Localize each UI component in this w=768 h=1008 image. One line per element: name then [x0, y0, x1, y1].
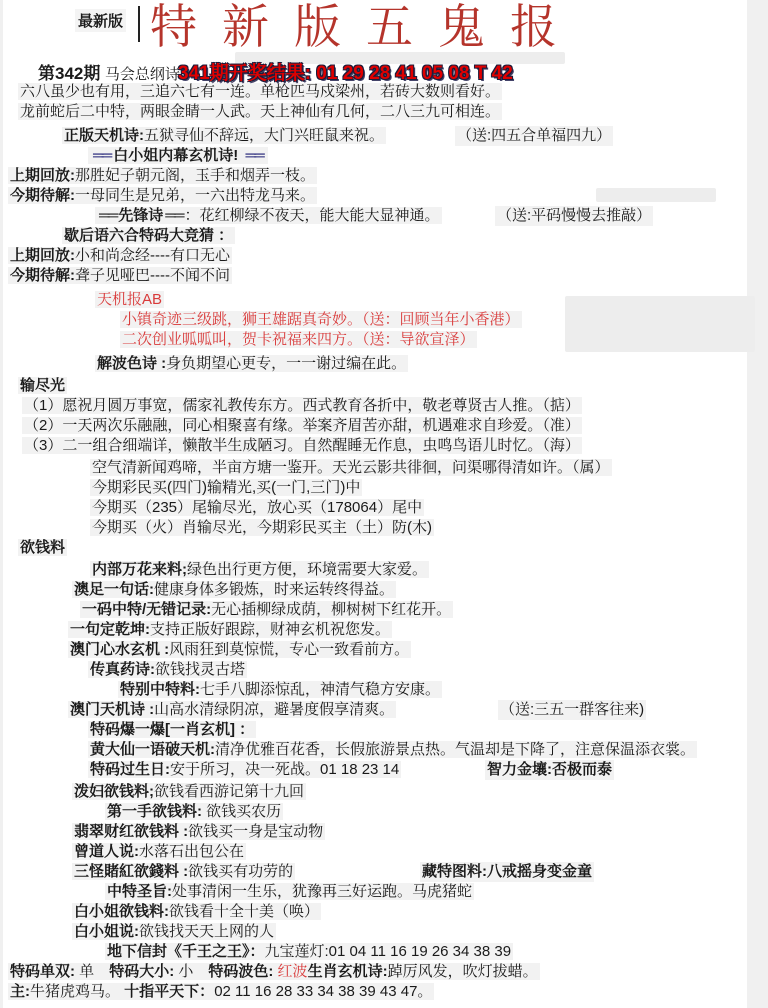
text-line: 小镇奇迹三级跳，狮王雄踞真奇妙。（送：回顾当年小香港） [120, 310, 768, 330]
text-line: 歇后语六合特码大竞猜 ： [62, 226, 768, 246]
line-text: 白小姐欲钱料:欲钱看十全十美（唤） [72, 903, 321, 920]
text-segment: 六八虽少也有用，三追六七有一连。单枪匹马戍梁州，若砖大数则看好。 [20, 83, 500, 100]
text-segment: 歇后语六合特码大竞猜 ： [64, 227, 233, 244]
text-segment: 三怪賭紅欲錢料 : [74, 863, 188, 880]
line-text: 白小姐说:欲钱找天天上网的人 [72, 923, 276, 940]
text-segment: ══ [245, 147, 262, 164]
text-line: 输尽光 [18, 376, 768, 396]
line-text: 二次创业呱呱叫，贺卡祝福来四方。（送：导欲宣泽） [120, 331, 477, 348]
text-segment: 聋子见哑巴----不闻不问 [75, 267, 230, 284]
text-segment: ：花红柳绿不夜天，能大能大显神通。 [185, 207, 440, 224]
line-text: 天机报AB [95, 291, 164, 308]
text-segment: ══ [93, 147, 110, 164]
line-text: 空气清新闻鸡啼，半亩方塘一鉴开。天光云影共徘徊，问渠哪得清如许。（属） [90, 459, 612, 476]
text-segment: 十指平天下： [124, 983, 214, 1000]
text-segment: 白小姐说: [74, 923, 139, 940]
issue-category-label: 马会总纲诗: [105, 66, 184, 83]
line-text: 今期买（火）肖输尽光，今期彩民买主（土）防(木) [90, 519, 434, 536]
text-segment: 健康身体多锻炼，时来运转终得益。 [154, 581, 394, 598]
text-segment: 特码波色: [208, 963, 277, 980]
line-text: 地下信封《千王之王》：九宝莲灯:01 04 11 16 19 26 34 38 … [105, 943, 513, 960]
text-line: 今期待解:一母同生是兄弟，一六出特龙马来。 [8, 186, 768, 206]
masthead: 最新版特新版五鬼报 [75, 0, 768, 56]
text-line: 一码中特/无错记录:无心插柳绿成荫，柳树树下红花开。 [80, 600, 768, 620]
text-segment: 澳门天机诗 : [70, 701, 154, 718]
text-segment: 红波 [278, 963, 308, 980]
line-text: 黄大仙一语破天机:清净优雅百花香，长假旅游景点热。气温却是下降了，注意保温添衣裳… [88, 741, 697, 758]
text-segment: 白小姐欲钱料: [74, 903, 169, 920]
text-line: 主:牛猪虎鸡马。 十指平天下：02 11 16 28 33 34 38 39 4… [8, 982, 768, 1002]
text-line: 内部万花来料;绿色出行更方便，环境需要大家爱。 [90, 560, 768, 580]
text-segment: 绿色出行更方便，环境需要大家爱。 [187, 561, 427, 578]
text-segment: 小 [178, 963, 208, 980]
text-line: 今期待解:聋子见哑巴----不闻不问 [8, 266, 768, 286]
text-line: 澳足一句话:健康身体多锻炼，时来运转终得益。 [72, 580, 768, 600]
text-segment: 水落石出包公在 [139, 843, 244, 860]
text-segment: 生肖玄机诗: [308, 963, 388, 980]
text-segment: 七手八脚添惊乱，神清气稳方安康。 [200, 681, 440, 698]
text-segment: 那胜妃子朝元阁，玉手和烟弄一枝。 [75, 167, 315, 184]
line-text: 传真药诗:欲钱找灵古塔 [88, 661, 247, 678]
page-title: 特新版五鬼报 [150, 2, 582, 54]
text-segment: 藏特图料:八戒摇身变金童 [420, 862, 594, 882]
text-segment: 上期回放: [10, 167, 75, 184]
line-text: 今期待解:聋子见哑巴----不闻不问 [8, 267, 232, 284]
line-text: （3）二一组合细端详，懒散半生成陋习。自然醒睡无作息，虫鸣鸟语儿时忆。（海） [22, 437, 582, 454]
line-text: 今期买（235）尾输尽光，放心买（178064）尾中 [90, 499, 424, 516]
text-segment: （3）二一组合细端详，懒散半生成陋习。自然醒睡无作息，虫鸣鸟语儿时忆。（海） [24, 437, 580, 454]
text-line: 三怪賭紅欲錢料 :欲钱买有功劳的藏特图料:八戒摇身变金童 [72, 862, 768, 882]
text-segment: 先锋诗 [118, 207, 163, 224]
text-segment: （2）一天两次乐融融，同心相聚喜有缘。举案齐眉苦亦甜，机遇难求自珍爱。（准） [24, 417, 580, 434]
text-segment: ══ [99, 207, 116, 224]
text-segment: 澳足一句话: [74, 581, 154, 598]
text-segment: 传真药诗: [90, 661, 155, 678]
text-line: 空气清新闻鸡啼，半亩方塘一鉴开。天光云影共徘徊，问渠哪得清如许。（属） [90, 458, 768, 478]
line-text: ══白小姐内幕玄机诗! ══ [88, 147, 268, 164]
text-line: 今期买（235）尾输尽光，放心买（178064）尾中 [90, 498, 768, 518]
line-text: （1）愿祝月圆万事宽，儒家礼教传东方。西式教育各折中，敬老尊贤古人推。（掂） [22, 397, 582, 414]
text-line: 曾道人说:水落石出包公在 [72, 842, 768, 862]
text-line: 澳门天机诗 :山高水清绿阴凉，避暑度假享清爽。（送:三五一群客往来) [68, 700, 768, 720]
issue-row: 第342期 马会总纲诗:341期开奖结果: 01 29 28 41 05 08 … [38, 58, 768, 80]
text-line: 翡翠财红欲钱料 :欲钱买一身是宝动物 [72, 822, 768, 842]
text-segment: 今期买（235）尾输尽光，放心买（178064）尾中 [92, 499, 422, 516]
line-text: 今期待解:一母同生是兄弟，一六出特龙马来。 [8, 187, 317, 204]
line-text: 特码过生日:安于所习，决一死战。01 18 23 14 [88, 761, 401, 778]
line-text: 解波色诗 :身负期望心更专，一一谢过编在此。 [95, 355, 408, 372]
issue-number: 第342期 [38, 64, 100, 83]
text-segment: 无心插柳绿成荫，柳树树下红花开。 [211, 601, 451, 618]
line-text: ══先锋诗══：花红柳绿不夜天，能大能大显神通。 [95, 207, 442, 224]
text-line: 今期买（火）肖输尽光，今期彩民买主（土）防(木) [90, 518, 768, 538]
text-line: 中特圣旨:处事清闲一生乐，犹豫再三好运跑。马虎猪蛇 [105, 882, 768, 902]
line-text: 正版天机诗:五狱寻仙不辞远，大门兴旺鼠来祝。 [62, 127, 386, 144]
text-segment: 内部万花来料; [92, 561, 187, 578]
line-text: 特别中特料:七手八脚添惊乱，神清气稳方安康。 [118, 681, 442, 698]
text-segment: 单 [79, 963, 109, 980]
text-segment: 欲钱找天天上网的人 [139, 923, 274, 940]
text-segment: 中特圣旨: [107, 883, 172, 900]
text-line: 欲钱料 [18, 538, 768, 558]
text-segment: 黄大仙一语破天机: [90, 741, 215, 758]
line-text: 澳门天机诗 :山高水清绿阴凉，避暑度假享清爽。 [68, 701, 396, 718]
line-text: 澳门心水玄机 :风雨狂到莫惊慌，专心一致看前方。 [68, 641, 411, 658]
text-segment: 身负期望心更专，一一谢过编在此。 [166, 355, 406, 372]
line-text: 一码中特/无错记录:无心插柳绿成荫，柳树树下红花开。 [80, 601, 453, 618]
line-text: 翡翠财红欲钱料 :欲钱买一身是宝动物 [72, 823, 325, 840]
text-segment: （送:四五合单福四九） [455, 126, 613, 146]
line-text: 输尽光 [18, 377, 67, 394]
line-text: 曾道人说:水落石出包公在 [72, 843, 246, 860]
text-segment: 欲钱买农历 [206, 803, 281, 820]
line-text: （2）一天两次乐融融，同心相聚喜有缘。举案齐眉苦亦甜，机遇难求自珍爱。（准） [22, 417, 582, 434]
text-line: 特别中特料:七手八脚添惊乱，神清气稳方安康。 [118, 680, 768, 700]
text-segment: （送:平码慢慢去推敲） [495, 206, 653, 226]
text-line: （2）一天两次乐融融，同心相聚喜有缘。举案齐眉苦亦甜，机遇难求自珍爱。（准） [22, 416, 768, 436]
text-line: ══先锋诗══：花红柳绿不夜天，能大能大显神通。（送:平码慢慢去推敲） [95, 206, 768, 226]
text-segment: 安于所习，决一死战。01 18 23 14 [170, 761, 399, 778]
line-text: 第一手欲钱料: 欲钱买农历 [105, 803, 283, 820]
text-segment: 一母同生是兄弟，一六出特龙马来。 [75, 187, 315, 204]
text-segment: 空气清新闻鸡啼，半亩方塘一鉴开。天光云影共徘徊，问渠哪得清如许。（属） [92, 459, 610, 476]
text-segment: 输尽光 [20, 377, 65, 394]
page-root: 最新版特新版五鬼报 第342期 马会总纲诗:341期开奖结果: 01 29 28… [0, 0, 768, 1008]
text-segment: 今期待解: [10, 267, 75, 284]
text-segment: 山高水清绿阴凉，避暑度假享清爽。 [154, 701, 394, 718]
text-segment: 澳门心水玄机 : [70, 641, 169, 658]
text-segment: 欲钱买一身是宝动物 [188, 823, 323, 840]
text-segment: （送:三五一群客往来) [498, 700, 646, 720]
line-text: 中特圣旨:处事清闲一生乐，犹豫再三好运跑。马虎猪蛇 [105, 883, 474, 900]
text-segment: 龙前蛇后二中特，两眼金睛一人武。天上神仙有几何，二八三九可相连。 [20, 103, 500, 120]
text-segment: 九宝莲灯:01 04 11 16 19 26 34 38 39 [265, 943, 512, 960]
text-line: 特码爆一爆[一肖玄机] ： [88, 720, 768, 740]
text-line: （1）愿祝月圆万事宽，儒家礼教传东方。西式教育各折中，敬老尊贤古人推。（掂） [22, 396, 768, 416]
text-line: 解波色诗 :身负期望心更专，一一谢过编在此。 [95, 354, 768, 374]
line-text: 今期彩民买(四门)输精光,买(一门,三门)中 [90, 479, 362, 496]
title-divider [138, 6, 140, 42]
text-segment: ══ [165, 207, 182, 224]
text-segment: 欲钱买有功劳的 [188, 863, 293, 880]
text-line: 黄大仙一语破天机:清净优雅百花香，长假旅游景点热。气温却是下降了，注意保温添衣裳… [88, 740, 768, 760]
text-segment: 二次创业呱呱叫，贺卡祝福来四方。（送：导欲宣泽） [122, 331, 475, 348]
line-text: 三怪賭紅欲錢料 :欲钱买有功劳的 [72, 863, 295, 880]
text-segment: 小镇奇迹三级跳，狮王雄踞真奇妙。（送：回顾当年小香港） [122, 311, 520, 328]
text-segment: 欲钱看西游记第十九回 [154, 783, 304, 800]
line-text: 欲钱料 [18, 539, 67, 556]
line-text: 主:牛猪虎鸡马。 十指平天下：02 11 16 28 33 34 38 39 4… [8, 983, 434, 1000]
line-text: 澳足一句话:健康身体多锻炼，时来运转终得益。 [72, 581, 396, 598]
text-segment: 今期待解: [10, 187, 75, 204]
line-text: 上期回放:小和尚念经----有口无心 [8, 247, 232, 264]
text-segment: 五狱寻仙不辞远，大门兴旺鼠来祝。 [144, 127, 384, 144]
text-line: 传真药诗:欲钱找灵古塔 [88, 660, 768, 680]
text-segment: 翡翠财红欲钱料 : [74, 823, 188, 840]
line-text: 歇后语六合特码大竞猜 ： [62, 227, 235, 244]
text-line: 上期回放:小和尚念经----有口无心 [8, 246, 768, 266]
text-segment: 今期买（火）肖输尽光，今期彩民买主（土）防(木) [92, 519, 432, 536]
text-line: 地下信封《千王之王》：九宝莲灯:01 04 11 16 19 26 34 38 … [105, 942, 768, 962]
text-segment: 特码单双: [10, 963, 79, 980]
draw-result-stamp: 341期开奖结果: 01 29 28 41 05 08 T 42 [178, 63, 513, 84]
text-segment: 特码大小: [109, 963, 178, 980]
text-segment: 一码中特/无错记录: [82, 601, 211, 618]
text-line: 第一手欲钱料: 欲钱买农历 [105, 802, 768, 822]
text-line: 特码单双: 单 特码大小: 小 特码波色: 红波生肖玄机诗:踔厉风发，吹灯拔蜡。 [8, 962, 768, 982]
text-segment: 小和尚念经----有口无心 [75, 247, 230, 264]
text-segment: 第一手欲钱料: [107, 803, 206, 820]
text-segment: 处事清闲一生乐，犹豫再三好运跑。马虎猪蛇 [172, 883, 472, 900]
line-text: 小镇奇迹三级跳，狮王雄踞真奇妙。（送：回顾当年小香港） [120, 311, 522, 328]
text-line: 白小姐欲钱料:欲钱看十全十美（唤） [72, 902, 768, 922]
text-segment: 支持正版好跟踪，财神玄机祝您发。 [150, 621, 390, 638]
text-line: 二次创业呱呱叫，贺卡祝福来四方。（送：导欲宣泽） [120, 330, 768, 350]
text-segment: 02 11 16 28 33 34 38 39 43 47。 [214, 983, 432, 1000]
text-segment: 一句定乾坤: [70, 621, 150, 638]
text-segment: 欲钱料 [20, 539, 65, 556]
text-segment: 特别中特料: [120, 681, 200, 698]
text-segment: 特码过生日: [90, 761, 170, 778]
text-segment: 地下信封《千王之王》： [107, 943, 265, 960]
text-line: 六八虽少也有用，三追六七有一连。单枪匹马戍梁州，若砖大数则看好。 [18, 82, 768, 102]
text-line: （3）二一组合细端详，懒散半生成陋习。自然醒睡无作息，虫鸣鸟语儿时忆。（海） [22, 436, 768, 456]
text-segment: 牛猪虎鸡马。 [30, 983, 124, 1000]
text-segment: 正版天机诗: [64, 127, 144, 144]
text-line: 澳门心水玄机 :风雨狂到莫惊慌，专心一致看前方。 [68, 640, 768, 660]
line-text: 上期回放:那胜妃子朝元阁，玉手和烟弄一枝。 [8, 167, 317, 184]
text-segment: 特码爆一爆[一肖玄机] ： [90, 721, 254, 738]
text-segment: 踔厉风发，吹灯拔蜡。 [388, 963, 538, 980]
body-text: 六八虽少也有用，三追六七有一连。单枪匹马戍梁州，若砖大数则看好。龙前蛇后二中特，… [0, 82, 768, 1002]
text-segment: 上期回放: [10, 247, 75, 264]
text-segment: 欲钱找灵古塔 [155, 661, 245, 678]
text-segment: 天机报AB [97, 291, 162, 308]
text-segment: 清净优雅百花香，长假旅游景点热。气温却是下降了，注意保温添衣裳。 [215, 741, 695, 758]
text-segment: （1）愿祝月圆万事宽，儒家礼教传东方。西式教育各折中，敬老尊贤古人推。（掂） [24, 397, 580, 414]
text-line: 上期回放:那胜妃子朝元阁，玉手和烟弄一枝。 [8, 166, 768, 186]
text-segment: 智力金壤:否极而泰 [485, 760, 614, 780]
text-segment: 风雨狂到莫惊慌，专心一致看前方。 [169, 641, 409, 658]
text-segment: 欲钱看十全十美（唤） [169, 903, 319, 920]
text-segment: 主: [10, 983, 30, 1000]
line-text: 特码单双: 单 特码大小: 小 特码波色: 红波生肖玄机诗:踔厉风发，吹灯拔蜡。 [8, 963, 540, 980]
text-segment: 曾道人说: [74, 843, 139, 860]
text-line: 白小姐说:欲钱找天天上网的人 [72, 922, 768, 942]
text-segment: 泼妇欲钱料; [74, 783, 154, 800]
line-text: 特码爆一爆[一肖玄机] ： [88, 721, 256, 738]
text-line: 泼妇欲钱料;欲钱看西游记第十九回 [72, 782, 768, 802]
text-line: 正版天机诗:五狱寻仙不辞远，大门兴旺鼠来祝。（送:四五合单福四九） [62, 126, 768, 146]
line-text: 龙前蛇后二中特，两眼金睛一人武。天上神仙有几何，二八三九可相连。 [18, 103, 502, 120]
line-text: 一句定乾坤:支持正版好跟踪，财神玄机祝您发。 [68, 621, 392, 638]
edition-label: 最新版 [75, 9, 126, 32]
line-text: 泼妇欲钱料;欲钱看西游记第十九回 [72, 783, 306, 800]
line-text: 内部万花来料;绿色出行更方便，环境需要大家爱。 [90, 561, 429, 578]
text-line: 特码过生日:安于所习，决一死战。01 18 23 14智力金壤:否极而泰 [88, 760, 768, 780]
text-segment: 解波色诗 : [97, 355, 166, 372]
text-line: ══白小姐内幕玄机诗! ══ [88, 146, 768, 166]
line-text: 六八虽少也有用，三追六七有一连。单枪匹马戍梁州，若砖大数则看好。 [18, 83, 502, 100]
text-line: 今期彩民买(四门)输精光,买(一门,三门)中 [90, 478, 768, 498]
text-line: 天机报AB [95, 290, 768, 310]
text-line: 一句定乾坤:支持正版好跟踪，财神玄机祝您发。 [68, 620, 768, 640]
text-segment: 白小姐内幕玄机诗! [113, 147, 242, 164]
text-segment: 今期彩民买(四门)输精光,买(一门,三门)中 [92, 479, 360, 496]
text-line: 龙前蛇后二中特，两眼金睛一人武。天上神仙有几何，二八三九可相连。 [18, 102, 768, 122]
